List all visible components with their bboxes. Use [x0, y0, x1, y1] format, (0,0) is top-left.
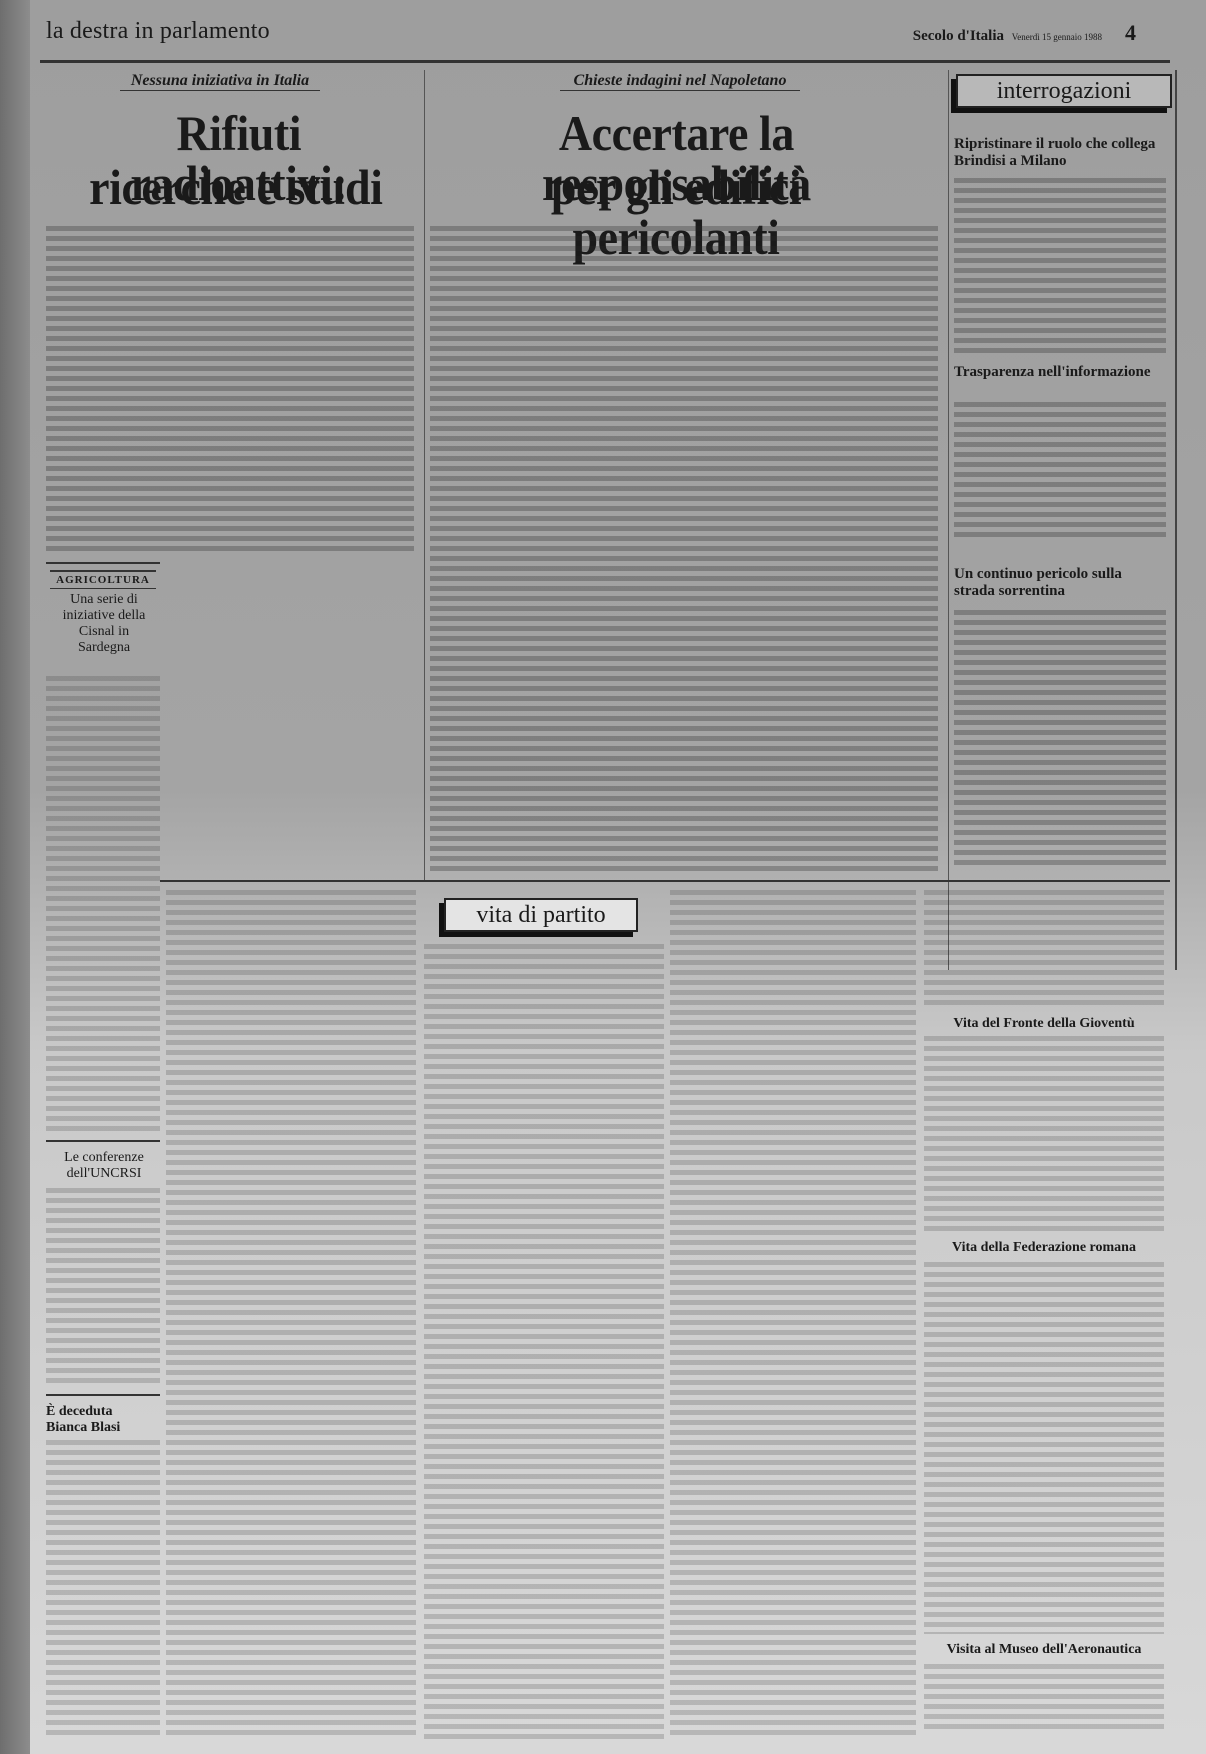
deceduta-headline: È deceduta Bianca Blasi: [46, 1404, 156, 1436]
conferenze-body: [46, 1188, 160, 1388]
header-rule: [40, 60, 1170, 63]
vita-di-partito-box-title: vita di partito: [444, 898, 638, 932]
vita-partito-col-4: [924, 890, 1164, 1010]
interrogazione-body-3: [954, 610, 1166, 870]
fronte-gioventu-title: Vita del Fronte della Gioventù: [924, 1016, 1164, 1032]
brief-rule-3: [46, 1394, 160, 1396]
interrogazioni-box-title: interrogazioni: [956, 74, 1172, 108]
rifiuti-headline-2: ricerche e studi: [84, 162, 388, 212]
page-header: la destra in parlamento Secolo d'Italia …: [46, 10, 1136, 58]
page-number: 4: [1125, 20, 1136, 46]
brief-rule: [46, 562, 160, 564]
scan-edge: [0, 0, 30, 1754]
issue-date: Venerdì 15 gennaio 1988: [1012, 32, 1102, 42]
masthead-title: Secolo d'Italia: [913, 28, 1004, 44]
federazione-romana-body: [924, 1262, 1164, 1634]
section-title: la destra in parlamento: [46, 18, 270, 45]
deceduta-body: [46, 1440, 160, 1740]
museo-title: Visita al Museo dell'Aeronautica: [924, 1642, 1164, 1658]
interrogazione-body-2: [954, 402, 1166, 542]
federazione-romana-title: Vita della Federazione romana: [924, 1240, 1164, 1256]
vita-partito-col-3: [670, 890, 916, 1740]
fronte-gioventu-body: [924, 1036, 1164, 1232]
edifici-body: [430, 226, 938, 876]
brief-rule-2: [46, 1140, 160, 1142]
rifiuti-kicker: Nessuna iniziativa in Italia: [120, 72, 320, 91]
interrogazione-body-1: [954, 178, 1166, 358]
museo-body: [924, 1664, 1164, 1734]
agricoltura-label: AGRICOLTURA: [50, 570, 156, 589]
vita-partito-col-1: [166, 890, 416, 1740]
conferenze-headline: Le conferenze dell'UNCRSI: [54, 1150, 154, 1182]
rifiuti-body: [46, 226, 414, 551]
vita-partito-col-2: [424, 944, 664, 1740]
masthead: Secolo d'Italia Venerdì 15 gennaio 1988: [913, 28, 1102, 45]
agricoltura-headline: Una serie di iniziative della Cisnal in …: [56, 592, 152, 656]
agricoltura-body: [46, 676, 160, 1136]
edifici-kicker: Chieste indagini nel Napoletano: [560, 72, 800, 91]
interrogazione-title-1: Ripristinare il ruolo che collega Brindi…: [954, 136, 1164, 171]
column-divider: [424, 70, 425, 880]
interrogazione-title-3: Un continuo pericolo sulla strada sorren…: [954, 566, 1164, 601]
interrogazione-title-2: Trasparenza nell'informazione: [954, 364, 1164, 381]
